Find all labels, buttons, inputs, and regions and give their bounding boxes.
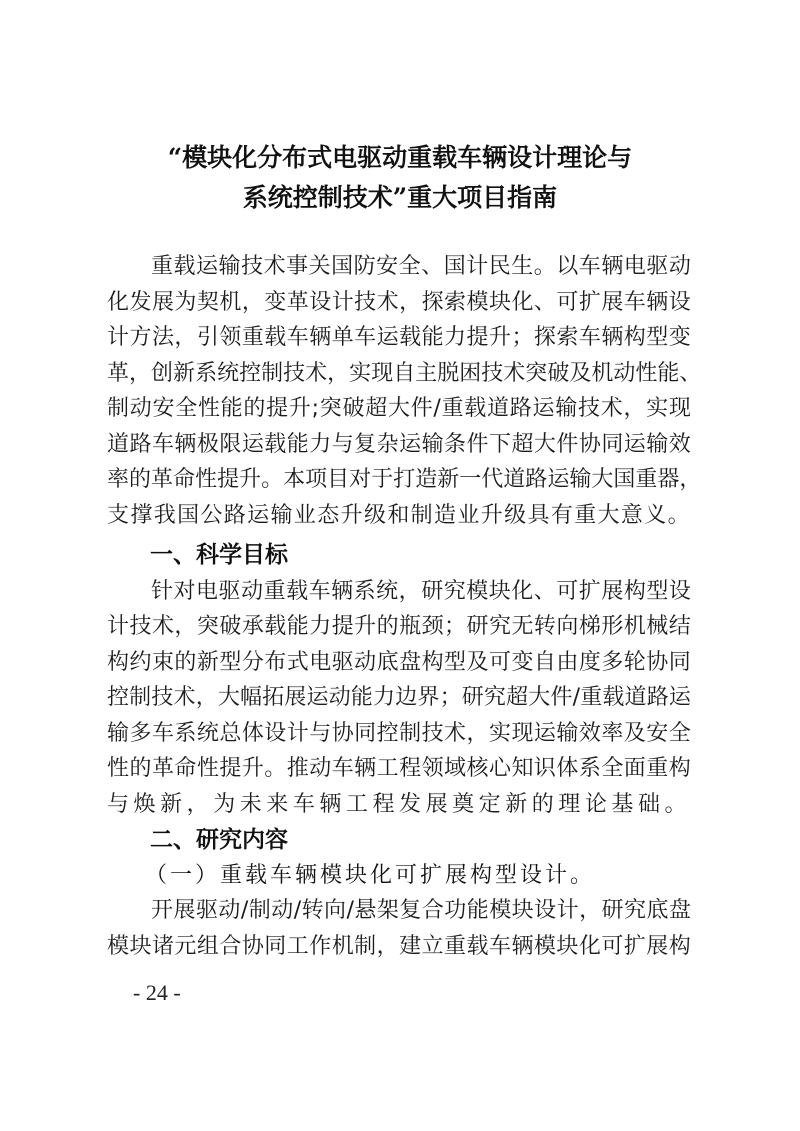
- text-glyph: 输: [556, 720, 578, 748]
- text-glyph: 打: [393, 466, 415, 494]
- text-glyph: /: [433, 395, 440, 423]
- text-glyph: 动: [130, 395, 152, 423]
- text-glyph: 总: [219, 720, 241, 748]
- text-glyph: 系: [174, 720, 196, 748]
- text-glyph: 来: [266, 791, 293, 819]
- text-glyph: 性: [195, 466, 217, 494]
- text-glyph: 动: [218, 897, 240, 925]
- text-glyph: 重: [264, 578, 286, 606]
- text-glyph: 同: [264, 933, 286, 961]
- text-glyph: 同: [601, 431, 623, 459]
- text-glyph: 升: [242, 755, 264, 783]
- text-glyph: 计: [107, 613, 129, 641]
- text-glyph: 载: [286, 578, 308, 606]
- text-glyph: 向: [324, 897, 346, 925]
- intro-paragraph-line: 率的革命性提升。本项目对于打造新一代道路运输大国重器，: [107, 466, 691, 494]
- text-glyph: 革: [287, 289, 309, 317]
- text-glyph: 技: [283, 360, 305, 388]
- text-glyph: 展: [601, 578, 623, 606]
- text-glyph: 底: [646, 897, 668, 925]
- text-glyph: 破: [342, 395, 364, 423]
- text-glyph: 新: [437, 466, 459, 494]
- text-glyph: 辆: [646, 289, 668, 317]
- text-glyph: 术: [305, 360, 327, 388]
- text-glyph: 制: [261, 360, 283, 388]
- section1-paragraph-line: 控制技术，大幅拓展运动能力边界；研究超大件/重载道路运: [107, 684, 691, 712]
- text-glyph: 。: [534, 253, 556, 281]
- text-glyph: 领: [219, 324, 241, 352]
- text-glyph: 术: [377, 289, 399, 317]
- text-glyph: /: [573, 684, 580, 712]
- text-glyph: 实: [349, 360, 371, 388]
- text-glyph: 辆: [174, 431, 196, 459]
- text-glyph: 重: [646, 755, 668, 783]
- text-glyph: 底: [377, 649, 399, 677]
- text-glyph: 现: [669, 395, 691, 423]
- text-glyph: 率: [107, 466, 129, 494]
- text-glyph: 路: [224, 502, 247, 530]
- text-glyph: 复: [399, 897, 421, 925]
- text-glyph: 重: [635, 466, 657, 494]
- text-glyph: 束: [152, 649, 174, 677]
- text-glyph: 术: [503, 360, 525, 388]
- text-glyph: ，: [467, 720, 489, 748]
- text-glyph: 转: [534, 613, 556, 641]
- text-glyph: 心: [489, 755, 511, 783]
- text-glyph: 领: [422, 755, 444, 783]
- text-glyph: 运: [624, 431, 646, 459]
- text-glyph: 路: [647, 684, 669, 712]
- text-glyph: 形: [601, 613, 623, 641]
- text-glyph: 承: [242, 613, 264, 641]
- text-glyph: 车: [293, 791, 320, 819]
- text-glyph: 瓶: [399, 613, 421, 641]
- text-glyph: 输: [271, 502, 294, 530]
- section-heading-research-content: 二、研究内容: [150, 826, 288, 854]
- text-glyph: 探: [422, 289, 444, 317]
- text-glyph: 于: [371, 466, 393, 494]
- text-glyph: 机: [332, 933, 354, 961]
- text-glyph: 变: [511, 649, 533, 677]
- text-glyph: 作: [309, 933, 331, 961]
- text-glyph: 构: [669, 933, 691, 961]
- text-glyph: 设: [669, 289, 691, 317]
- text-glyph: ；: [440, 684, 462, 712]
- text-glyph: 大: [534, 431, 556, 459]
- text-glyph: 的: [174, 649, 196, 677]
- text-glyph: 工: [287, 933, 309, 961]
- text-glyph: 复: [354, 431, 376, 459]
- section1-paragraph-line: 针对电驱动重载车辆系统，研究模块化、可扩展构型设: [151, 578, 691, 606]
- text-glyph: 可: [556, 578, 578, 606]
- text-glyph: 革: [151, 466, 173, 494]
- text-glyph: 域: [444, 755, 466, 783]
- text-glyph: 件: [556, 431, 578, 459]
- text-glyph: 超: [506, 684, 528, 712]
- text-glyph: 升: [239, 466, 261, 494]
- text-glyph: 索: [444, 289, 466, 317]
- text-glyph: 全: [601, 755, 623, 783]
- text-glyph: 。: [668, 502, 691, 530]
- text-glyph: 盘: [669, 897, 691, 925]
- text-glyph: 设: [264, 720, 286, 748]
- text-glyph: 驱: [646, 253, 668, 281]
- text-glyph: 块: [512, 897, 534, 925]
- text-glyph: 大: [388, 395, 410, 423]
- text-glyph: 运: [307, 684, 329, 712]
- text-glyph: 防: [354, 253, 376, 281]
- text-glyph: 对: [174, 578, 196, 606]
- text-glyph: 超: [365, 395, 387, 423]
- text-glyph: 国: [177, 502, 200, 530]
- text-glyph: 输: [422, 431, 444, 459]
- text-glyph: 结: [669, 613, 691, 641]
- text-glyph: 索: [556, 324, 578, 352]
- text-glyph: 动: [309, 755, 331, 783]
- text-glyph: 合: [422, 897, 444, 925]
- text-glyph: 辆: [309, 324, 331, 352]
- text-glyph: 技: [422, 720, 444, 748]
- text-glyph: 究: [624, 897, 646, 925]
- text-glyph: 基: [611, 791, 638, 819]
- text-glyph: 重: [151, 253, 173, 281]
- text-glyph: 极: [197, 431, 219, 459]
- text-glyph: 技: [578, 395, 600, 423]
- text-glyph: 车: [489, 933, 511, 961]
- text-glyph: 载: [264, 431, 286, 459]
- text-glyph: 轮: [624, 649, 646, 677]
- text-glyph: 合: [219, 933, 241, 961]
- text-glyph: 全: [669, 720, 691, 748]
- text-glyph: 运: [669, 684, 691, 712]
- text-glyph: 构: [107, 649, 129, 677]
- text-glyph: 驱: [332, 649, 354, 677]
- text-glyph: 及: [624, 720, 646, 748]
- text-glyph: 运: [377, 324, 399, 352]
- text-glyph: 边: [395, 684, 417, 712]
- text-glyph: 载: [602, 684, 624, 712]
- text-glyph: 力: [309, 431, 331, 459]
- text-glyph: 化: [511, 578, 533, 606]
- text-glyph: 辆: [331, 578, 353, 606]
- text-glyph: 。: [664, 791, 691, 819]
- text-glyph: 辆: [511, 933, 533, 961]
- text-glyph: 技: [241, 253, 263, 281]
- text-glyph: 代: [481, 466, 503, 494]
- text-glyph: 元: [174, 933, 196, 961]
- text-glyph: 重: [444, 933, 466, 961]
- text-glyph: 新: [197, 649, 219, 677]
- text-glyph: 升: [341, 502, 364, 530]
- text-glyph: 扩: [624, 933, 646, 961]
- text-glyph: 运: [547, 466, 569, 494]
- text-glyph: 及: [467, 649, 489, 677]
- text-glyph: 具: [527, 502, 550, 530]
- text-glyph: 面: [624, 755, 646, 783]
- text-glyph: 拓: [262, 684, 284, 712]
- text-glyph: 技: [481, 360, 503, 388]
- document-title-line-1: “模块化分布式电驱动重载车辆设计理论与: [0, 143, 800, 173]
- text-glyph: 悬: [354, 897, 376, 925]
- text-glyph: 有: [551, 502, 574, 530]
- text-glyph: 控: [107, 684, 129, 712]
- text-glyph: 展: [646, 933, 668, 961]
- text-glyph: 突: [320, 395, 342, 423]
- text-glyph: 制: [399, 720, 421, 748]
- text-glyph: ;: [312, 395, 319, 423]
- text-glyph: 块: [489, 289, 511, 317]
- text-glyph: 车: [152, 720, 174, 748]
- text-glyph: /: [241, 897, 248, 925]
- text-glyph: 变: [669, 324, 691, 352]
- text-glyph: 模: [467, 289, 489, 317]
- text-glyph: 提: [332, 613, 354, 641]
- intro-paragraph-line: 革，创新系统控制技术，实现自主脱困技术突破及机动性能、: [107, 360, 691, 388]
- text-glyph: 载: [174, 253, 196, 281]
- text-glyph: 革: [152, 755, 174, 783]
- text-glyph: 重: [574, 502, 597, 530]
- text-glyph: 输: [646, 431, 668, 459]
- text-glyph: 术: [444, 720, 466, 748]
- text-glyph: 路: [510, 395, 532, 423]
- section1-paragraph-line: 计技术，突破承载能力提升的瓶颈；研究无转向梯形机械结: [107, 613, 691, 641]
- text-glyph: 的: [377, 613, 399, 641]
- text-glyph: 突: [525, 360, 547, 388]
- text-glyph: 升: [354, 613, 376, 641]
- text-glyph: 自: [393, 360, 415, 388]
- text-glyph: 件: [550, 684, 572, 712]
- text-glyph: 提: [217, 466, 239, 494]
- text-glyph: 构: [669, 755, 691, 783]
- intro-paragraph-line: 支撑我国公路运输业态升级和制造业升级具有重大意义。: [107, 502, 691, 530]
- text-glyph: 单: [332, 324, 354, 352]
- text-glyph: 计: [107, 324, 129, 352]
- text-glyph: 块: [556, 933, 578, 961]
- text-glyph: 全: [175, 395, 197, 423]
- text-glyph: 知: [511, 755, 533, 783]
- text-glyph: 现: [371, 360, 393, 388]
- text-glyph: 本: [283, 466, 305, 494]
- text-glyph: 道: [503, 466, 525, 494]
- text-glyph: ，: [129, 360, 151, 388]
- text-glyph: 能: [287, 431, 309, 459]
- text-glyph: 术: [601, 395, 623, 423]
- text-glyph: 制: [249, 897, 271, 925]
- text-glyph: 设: [534, 897, 556, 925]
- text-glyph: 支: [107, 502, 130, 530]
- text-glyph: 载: [264, 324, 286, 352]
- text-glyph: 化: [579, 933, 601, 961]
- text-glyph: 载: [399, 324, 421, 352]
- text-glyph: 计: [287, 720, 309, 748]
- text-glyph: 电: [624, 253, 646, 281]
- document-page: “模块化分布式电驱动重载车辆设计理论与 系统控制技术”重大项目指南 重载运输技术…: [0, 0, 800, 1131]
- text-glyph: 性: [197, 755, 219, 783]
- text-glyph: /: [294, 897, 301, 925]
- text-glyph: 大: [591, 466, 613, 494]
- text-glyph: 载: [467, 933, 489, 961]
- text-glyph: ，: [196, 684, 218, 712]
- text-glyph: 路: [525, 466, 547, 494]
- text-glyph: 性: [198, 395, 220, 423]
- text-glyph: ，: [399, 289, 421, 317]
- text-glyph: 、: [679, 360, 701, 388]
- text-glyph: 动: [329, 684, 351, 712]
- text-glyph: 技: [151, 684, 173, 712]
- text-glyph: 超: [511, 431, 533, 459]
- text-glyph: 统: [376, 578, 398, 606]
- text-glyph: 系: [354, 578, 376, 606]
- text-glyph: 安: [646, 720, 668, 748]
- text-glyph: 新: [505, 791, 532, 819]
- text-glyph: 升: [489, 324, 511, 352]
- text-glyph: 系: [195, 360, 217, 388]
- text-glyph: 展: [173, 897, 195, 925]
- text-glyph: 化: [511, 289, 533, 317]
- text-glyph: 扩: [579, 578, 601, 606]
- text-glyph: 制: [354, 933, 376, 961]
- text-glyph: 多: [129, 720, 151, 748]
- text-glyph: 型: [444, 649, 466, 677]
- section1-paragraph-line: 与焕新，为未来车辆工程发展奠定新的理论基础。: [107, 791, 691, 819]
- text-glyph: 能: [351, 684, 373, 712]
- text-glyph: 探: [534, 324, 556, 352]
- text-glyph: 与: [309, 720, 331, 748]
- text-glyph: 力: [373, 684, 395, 712]
- text-glyph: 动: [669, 253, 691, 281]
- text-glyph: 脱: [437, 360, 459, 388]
- text-glyph: 、: [534, 289, 556, 317]
- page-number: - 24 -: [133, 980, 181, 1006]
- text-glyph: 车: [579, 324, 601, 352]
- text-glyph: 组: [197, 933, 219, 961]
- text-glyph: 件: [411, 395, 433, 423]
- text-glyph: 机: [219, 289, 241, 317]
- text-glyph: 械: [646, 613, 668, 641]
- text-glyph: 提: [219, 755, 241, 783]
- text-glyph: 分: [242, 649, 264, 677]
- text-glyph: 究: [489, 613, 511, 641]
- text-glyph: 态: [317, 502, 340, 530]
- text-glyph: 识: [534, 755, 556, 783]
- text-glyph: 大: [218, 684, 240, 712]
- text-glyph: 业: [457, 502, 480, 530]
- text-glyph: 计: [466, 253, 488, 281]
- text-glyph: 研: [462, 684, 484, 712]
- text-glyph: 模: [489, 897, 511, 925]
- text-glyph: 由: [556, 649, 578, 677]
- text-glyph: 诸: [152, 933, 174, 961]
- text-glyph: 重: [580, 684, 602, 712]
- text-glyph: 造: [415, 466, 437, 494]
- text-glyph: 变: [264, 289, 286, 317]
- text-glyph: 的: [243, 395, 265, 423]
- text-glyph: 大: [528, 684, 550, 712]
- text-glyph: 辆: [601, 253, 623, 281]
- text-glyph: 推: [287, 755, 309, 783]
- text-glyph: 驱: [219, 578, 241, 606]
- text-glyph: 能: [287, 613, 309, 641]
- text-glyph: 能: [221, 395, 243, 423]
- text-glyph: 工: [377, 755, 399, 783]
- text-glyph: 技: [129, 613, 151, 641]
- text-glyph: 辆: [319, 791, 346, 819]
- text-glyph: 创: [151, 360, 173, 388]
- text-glyph: ，: [679, 466, 701, 494]
- text-glyph: 设: [669, 578, 691, 606]
- text-glyph: 程: [399, 755, 421, 783]
- text-glyph: 奠: [452, 791, 479, 819]
- text-glyph: 安: [152, 395, 174, 423]
- text-glyph: 统: [217, 360, 239, 388]
- text-glyph: 统: [197, 720, 219, 748]
- text-glyph: 电: [309, 649, 331, 677]
- text-glyph: 命: [173, 466, 195, 494]
- text-glyph: 车: [579, 253, 601, 281]
- text-glyph: 法: [152, 324, 174, 352]
- text-glyph: 辆: [354, 755, 376, 783]
- section1-paragraph-line: 输多车系统总体设计与协同控制技术，实现运输效率及安全: [107, 720, 691, 748]
- text-glyph: 系: [579, 755, 601, 783]
- text-glyph: 方: [129, 324, 151, 352]
- text-glyph: 道: [625, 684, 647, 712]
- text-glyph: 运: [242, 431, 264, 459]
- text-glyph: 新: [173, 360, 195, 388]
- text-glyph: 与: [107, 791, 134, 819]
- text-glyph: 展: [152, 289, 174, 317]
- text-glyph: 能: [467, 897, 489, 925]
- text-glyph: 命: [174, 755, 196, 783]
- text-glyph: 及: [569, 360, 591, 388]
- text-glyph: 意: [621, 502, 644, 530]
- text-glyph: 的: [129, 755, 151, 783]
- text-glyph: 动: [241, 578, 263, 606]
- text-glyph: 机: [624, 613, 646, 641]
- text-glyph: 颈: [422, 613, 444, 641]
- text-glyph: 引: [197, 324, 219, 352]
- text-glyph: 。: [264, 755, 286, 783]
- text-glyph: 定: [479, 791, 506, 819]
- text-glyph: 输: [219, 253, 241, 281]
- text-glyph: 事: [286, 253, 308, 281]
- intro-paragraph-line: 制动安全性能的提升;突破超大件/重载道路运输技术，实现: [107, 395, 691, 423]
- text-glyph: 展: [601, 289, 623, 317]
- subsection-heading-modular-design: （一）重载车辆模块化可扩展构型设计。: [145, 862, 595, 890]
- text-glyph: 运: [247, 502, 270, 530]
- text-glyph: 提: [467, 324, 489, 352]
- text-glyph: 究: [484, 684, 506, 712]
- text-glyph: 率: [601, 720, 623, 748]
- section1-paragraph-line: 构约束的新型分布式电驱动底盘构型及可变自由度多轮协同: [107, 649, 691, 677]
- text-glyph: 现: [511, 720, 533, 748]
- text-glyph: 研: [602, 897, 624, 925]
- text-glyph: 计: [332, 289, 354, 317]
- text-glyph: 可: [601, 933, 623, 961]
- text-glyph: 级: [364, 502, 387, 530]
- text-glyph: 为: [213, 791, 240, 819]
- text-glyph: 对: [349, 466, 371, 494]
- text-glyph: 控: [377, 720, 399, 748]
- text-glyph: 协: [242, 933, 264, 961]
- text-glyph: 研: [467, 613, 489, 641]
- text-glyph: 重: [242, 324, 264, 352]
- intro-paragraph-line: 道路车辆极限运载能力与复杂运输条件下超大件协同运输效: [107, 431, 691, 459]
- section2-paragraph-line: 开展驱动/制动/转向/悬架复合功能模块设计，研究底盘: [151, 897, 691, 925]
- text-glyph: 效: [579, 720, 601, 748]
- text-glyph: 效: [669, 431, 691, 459]
- text-glyph: 目: [327, 466, 349, 494]
- text-glyph: 困: [459, 360, 481, 388]
